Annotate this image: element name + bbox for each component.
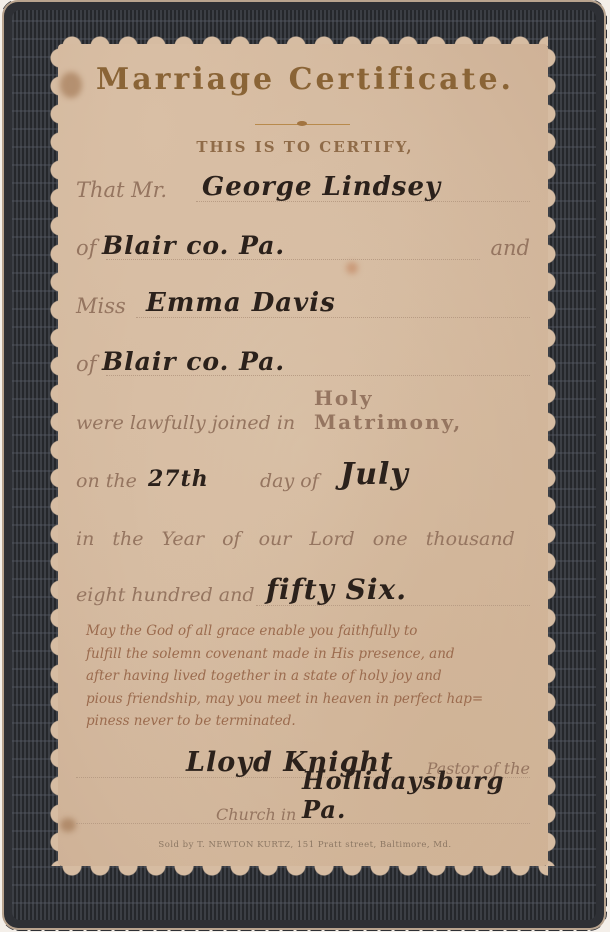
publisher-footer: Sold by T. NEWTON KURTZ, 151 Pratt stree… [0,840,610,850]
marriage-year: fifty Six. [266,573,407,606]
certificate-title: Marriage Certificate. [0,62,610,97]
bride-residence-line: of Blair co. Pa. [76,342,530,382]
marriage-day: 27th [148,466,209,492]
blessing-line: pious friendship, may you meet in heaven… [86,688,534,711]
blessing-line: after having lived together in a state o… [86,665,534,688]
church-line: Church in Hollidaysburg Pa. [76,790,530,830]
joined-text: were lawfully joined in [76,412,295,434]
marriage-month: July [340,457,409,492]
year-text: in the Year of our Lord one thousand [76,528,515,550]
bride-name: Emma Davis [146,288,336,318]
bride-name-line: Miss Emma Davis [76,284,530,324]
scallop-edge-right [546,44,562,866]
blessing-line: May the God of all grace enable you fait… [86,620,534,643]
scallop-edge-bottom [58,866,548,882]
church-location: Hollidaysburg Pa. [302,766,530,824]
year-line: eight hundred and fifty Six. [76,572,530,612]
certify-heading: THIS IS TO CERTIFY, [0,138,610,156]
groom-of-label: of [76,236,96,260]
date-line: on the 27th day of July [76,458,530,498]
blessing-paragraph: May the God of all grace enable you fait… [86,620,534,733]
groom-residence-line: of Blair co. Pa. and [76,226,530,266]
year-text-line: in the Year of our Lord one thousand [76,516,530,556]
groom-residence: Blair co. Pa. [102,231,285,260]
on-the-label: on the [76,470,137,492]
divider-ornament [255,124,350,128]
and-label: and [491,236,531,260]
groom-name: George Lindsey [202,172,441,202]
blessing-line: fulfill the solemn covenant made in His … [86,643,534,666]
groom-prefix: That Mr. [76,178,167,202]
blessing-line: piness never to be terminated. [86,710,534,733]
church-label: Church in [216,805,296,824]
groom-name-line: That Mr. George Lindsey [76,168,530,208]
bride-residence: Blair co. Pa. [102,347,285,376]
year-prefix: eight hundred and [76,584,255,606]
day-of-label: day of [260,470,319,492]
bride-prefix: Miss [76,294,126,318]
stain-mark [60,818,76,832]
joined-line: were lawfully joined in Holy Matrimony, [76,400,530,440]
holy-matrimony-text: Holy Matrimony, [314,386,530,434]
bride-of-label: of [76,352,96,376]
